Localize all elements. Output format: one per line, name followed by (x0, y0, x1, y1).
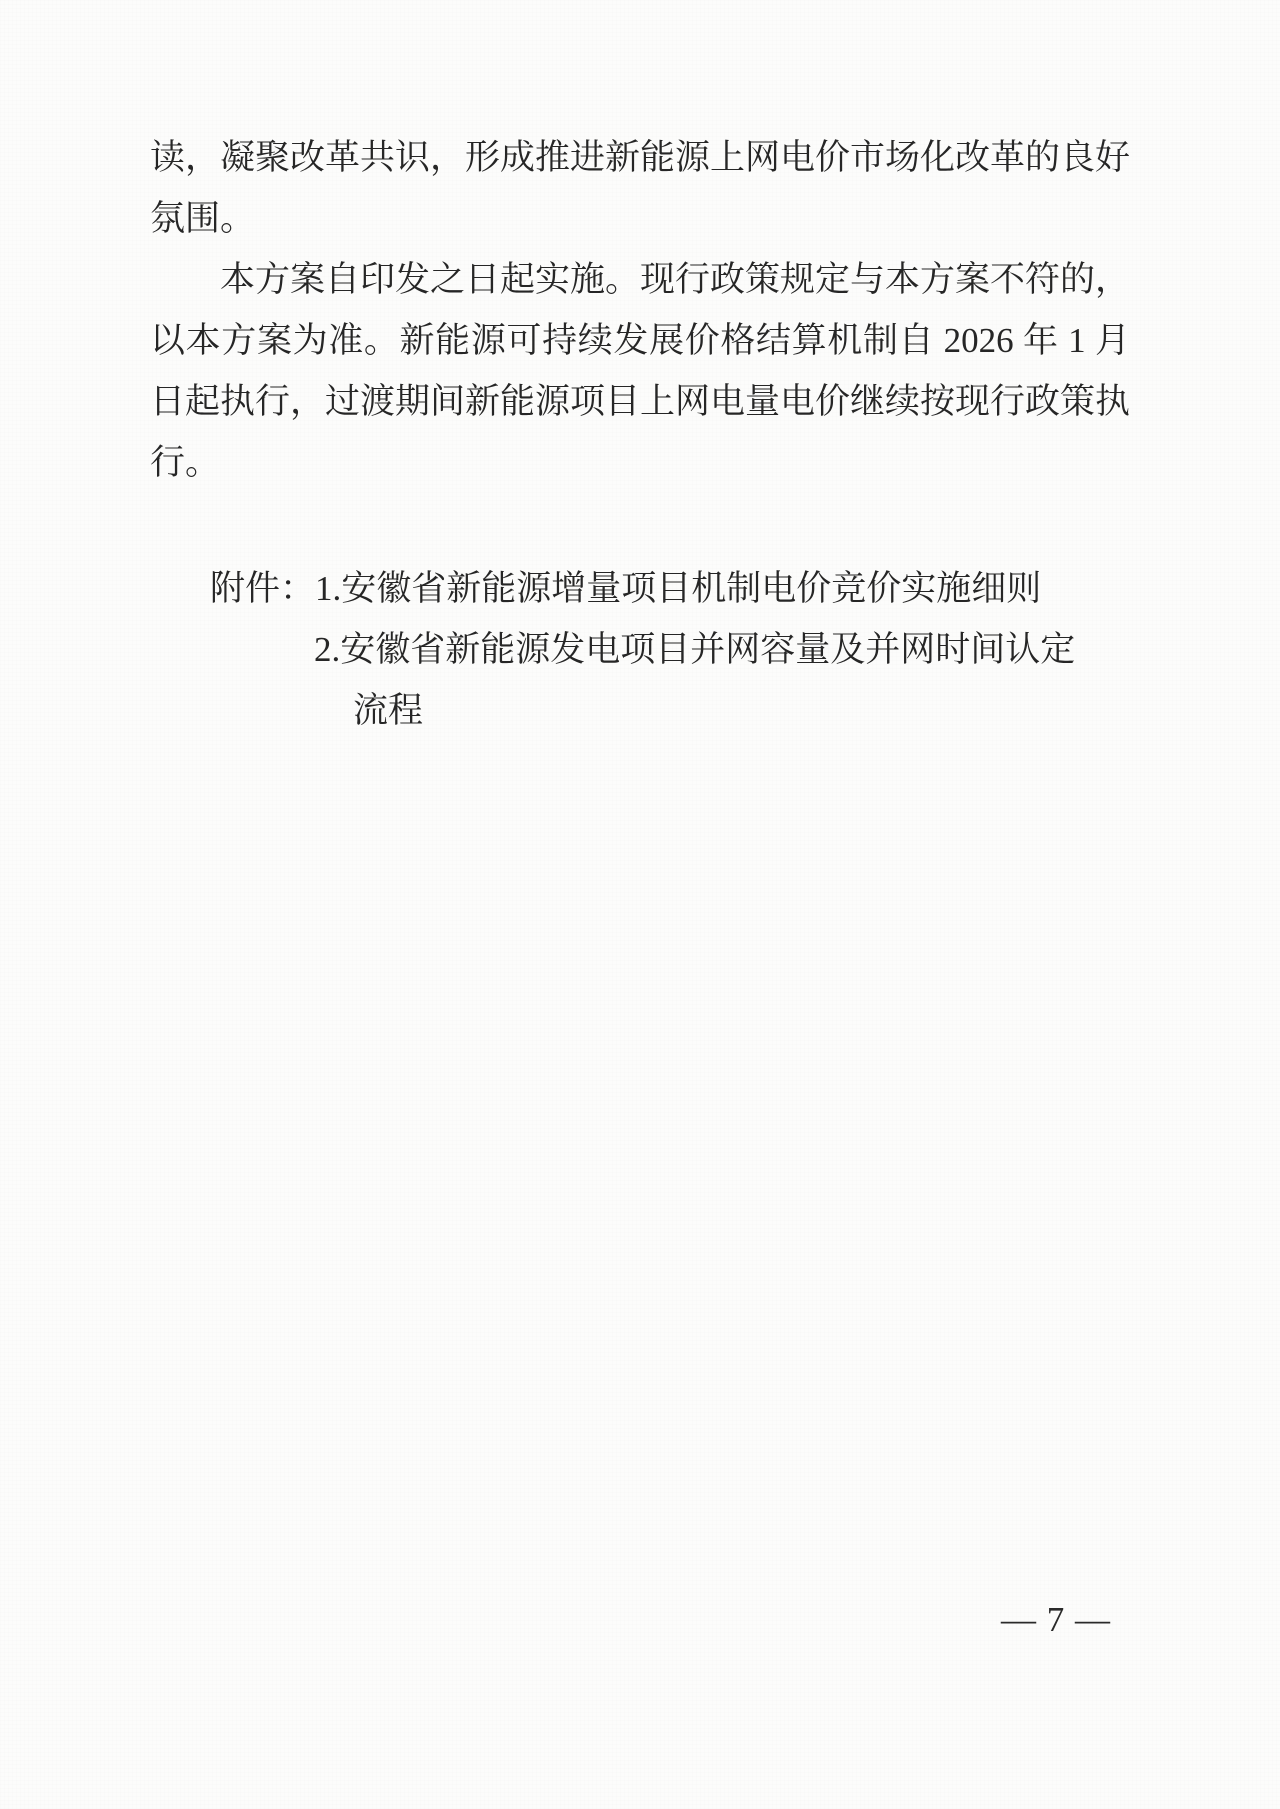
attachment-block: 附件：1.安徽省新能源增量项目机制电价竞价实施细则 2.安徽省新能源发电项目并网… (150, 558, 1130, 741)
body-line: 本方案自印发之日起实施。现行政策规定与本方案不符的， (150, 249, 1130, 310)
body-line: 以本方案为准。新能源可持续发展价格结算机制自 2026 年 1 月 1 (150, 310, 1130, 371)
body-line: 氛围。 (150, 188, 1130, 249)
body-line: 行。 (150, 432, 1130, 493)
body-text-block: 读，凝聚改革共识，形成推进新能源上网电价市场化改革的良好 氛围。 本方案自印发之… (150, 127, 1130, 493)
body-line: 读，凝聚改革共识，形成推进新能源上网电价市场化改革的良好 (150, 127, 1130, 188)
body-line: 日起执行，过渡期间新能源项目上网电量电价继续按现行政策执 (150, 371, 1130, 432)
attachment-line: 附件：1.安徽省新能源增量项目机制电价竞价实施细则 (210, 558, 1130, 619)
page-number: — 7 — (1001, 1598, 1111, 1642)
attachment-line: 2.安徽省新能源发电项目并网容量及并网时间认定 (314, 619, 1130, 680)
attachment-line: 流程 (353, 680, 1130, 741)
document-page: 读，凝聚改革共识，形成推进新能源上网电价市场化改革的良好 氛围。 本方案自印发之… (0, 0, 1280, 1809)
